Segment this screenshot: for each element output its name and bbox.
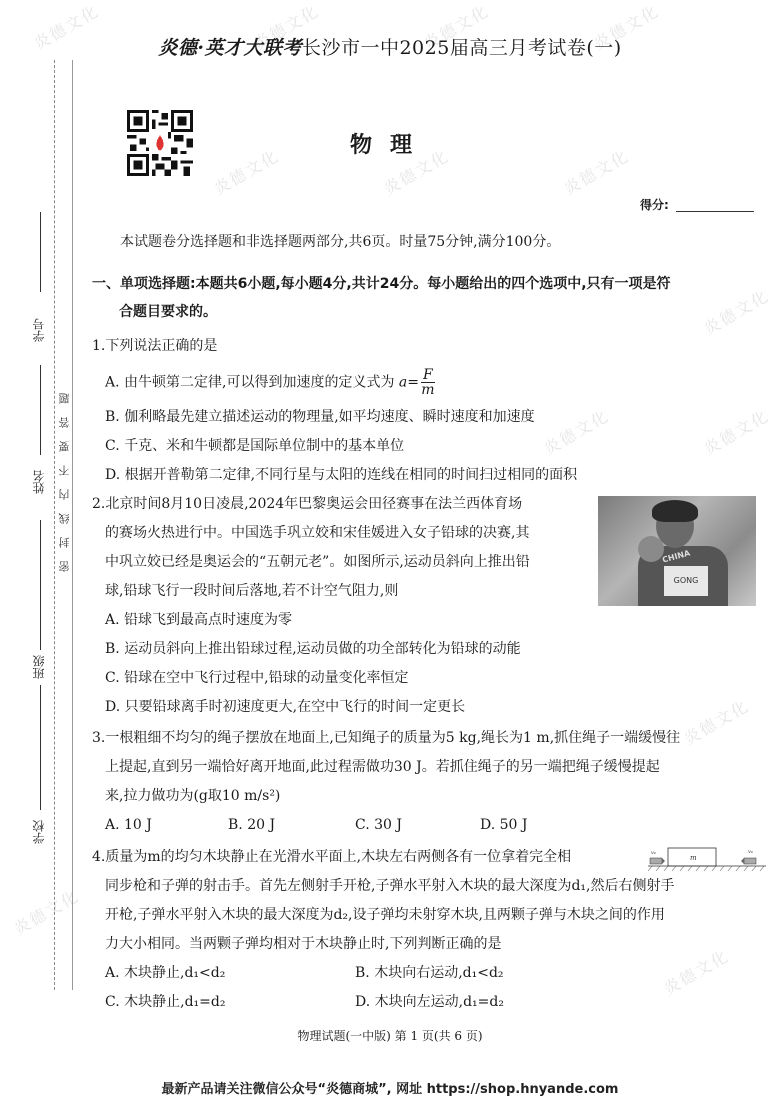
question-number: 1. bbox=[92, 338, 105, 354]
svg-text:v₀: v₀ bbox=[651, 850, 656, 856]
section-heading-cont: 合题目要求的。 bbox=[119, 302, 217, 322]
exam-instructions: 本试题卷分选择题和非选择题两部分,共6页。时量75分钟,满分100分。 bbox=[120, 232, 560, 252]
block-bullet-diagram: m v₀ v₀ bbox=[648, 846, 766, 876]
school-label: 学校 bbox=[30, 820, 47, 844]
page-footer: 物理试题(一中版) 第 1 页(共 6 页) bbox=[0, 1027, 780, 1044]
question-stem-line: 质量为m的均匀木块静止在光滑水平面上,木块左右两侧各有一位拿着完全相 bbox=[105, 849, 571, 865]
exam-title: 炎德·英才大联考长沙市一中2025届高三月考试卷(一) bbox=[0, 33, 780, 60]
section-heading: 一、单项选择题:本题共6小题,每小题4分,共计24分。每小题给出的四个选项中,只… bbox=[92, 274, 671, 294]
class-line bbox=[40, 520, 41, 650]
option-2b: B. 运动员斜向上推出铅球过程,运动员做的功全部转化为铅球的动能 bbox=[105, 639, 521, 659]
denominator: m bbox=[421, 383, 435, 397]
option-3a: A. 10 J bbox=[105, 815, 152, 835]
student-id-label: 学号 bbox=[30, 318, 47, 342]
promo-banner: 最新产品请关注微信公众号“炎德商城”, 网址 https://shop.hnya… bbox=[0, 1078, 780, 1097]
question-4: 4.质量为m的均匀木块静止在光滑水平面上,木块左右两侧各有一位拿着完全相 bbox=[92, 847, 571, 867]
option-1b: B. 伽利略最先建立描述运动的物理量,如平均速度、瞬时速度和加速度 bbox=[105, 407, 535, 427]
score-input-line[interactable] bbox=[676, 211, 754, 212]
option-2d: D. 只要铅球离手时初速度更大,在空中飞行的时间一定更长 bbox=[105, 697, 465, 717]
watermark: 炎德文化 bbox=[679, 694, 753, 750]
question-stem-line: 北京时间8月10日凌晨,2024年巴黎奥运会田径赛事在法兰西体育场 bbox=[105, 496, 522, 512]
school-line bbox=[40, 685, 41, 810]
class-label: 班级 bbox=[30, 655, 47, 679]
seal-notice: 密封线内不要答题 bbox=[57, 380, 73, 572]
question-stem-line: 中巩立姣已经是奥运会的“五朝元老”。如图所示,运动员斜向上推出铅 bbox=[105, 552, 530, 572]
question-stem-line: 的赛场火热进行中。中国选手巩立姣和宋佳媛进入女子铅球的决赛,其 bbox=[105, 523, 529, 543]
question-1: 1.下列说法正确的是 bbox=[92, 336, 217, 356]
question-2: 2.北京时间8月10日凌晨,2024年巴黎奥运会田径赛事在法兰西体育场 bbox=[92, 494, 522, 514]
athlete-hair bbox=[652, 500, 698, 522]
subject-title: 物理 bbox=[0, 128, 780, 159]
option-3c: C. 30 J bbox=[355, 815, 402, 835]
question-number: 3. bbox=[92, 730, 105, 746]
name-label: 姓名 bbox=[30, 470, 47, 494]
option-1c: C. 千克、米和牛顿都是国际单位制中的基本单位 bbox=[105, 436, 404, 456]
svg-text:m: m bbox=[690, 854, 697, 862]
question-stem-line: 开枪,子弹水平射入木块的最大深度为d₂,设子弹均未射穿木块,且两颗子弹与木块之间… bbox=[105, 905, 665, 925]
score-label: 得分: bbox=[640, 196, 669, 213]
question-number: 4. bbox=[92, 849, 105, 865]
option-4b: B. 木块向右运动,d₁<d₂ bbox=[355, 963, 504, 983]
question-stem-line: 上提起,直到另一端恰好离开地面,此过程需做功30 J。若抓住绳子的另一端把绳子缓… bbox=[105, 757, 660, 777]
shot-put-athlete-photo: CHINA GONG bbox=[598, 496, 756, 606]
option-text: A. 由牛顿第二定律,可以得到加速度的定义式为 bbox=[105, 375, 394, 391]
fraction: Fm bbox=[421, 368, 435, 397]
formula-lhs: a= bbox=[399, 375, 419, 391]
question-stem-line: 来,拉力做功为(g取10 m/s²) bbox=[105, 786, 280, 806]
option-3d: D. 50 J bbox=[480, 815, 528, 835]
watermark: 炎德文化 bbox=[659, 944, 733, 1000]
question-stem: 下列说法正确的是 bbox=[105, 338, 217, 354]
watermark: 炎德文化 bbox=[539, 404, 613, 460]
exam-title-brand: 炎德·英才大联考 bbox=[158, 37, 302, 59]
question-stem-line: 同步枪和子弹的射击手。首先左侧射手开枪,子弹水平射入木块的最大深度为d₁,然后右… bbox=[105, 876, 674, 896]
question-3: 3.一根粗细不均匀的绳子摆放在地面上,已知绳子的质量为5 kg,绳长为1 m,抓… bbox=[92, 728, 680, 748]
option-2c: C. 铅球在空中飞行过程中,铅球的动量变化率恒定 bbox=[105, 668, 409, 688]
bib-text: GONG bbox=[664, 566, 708, 596]
question-number: 2. bbox=[92, 496, 105, 512]
question-stem-line: 一根粗细不均匀的绳子摆放在地面上,已知绳子的质量为5 kg,绳长为1 m,抓住绳… bbox=[105, 730, 680, 746]
svg-text:v₀: v₀ bbox=[748, 849, 753, 855]
name-line bbox=[40, 365, 41, 455]
option-1a: A. 由牛顿第二定律,可以得到加速度的定义式为 a=Fm bbox=[105, 368, 435, 397]
numerator: F bbox=[421, 368, 435, 383]
question-stem-line: 球,铅球飞行一段时间后落地,若不计空气阻力,则 bbox=[105, 581, 398, 601]
option-4a: A. 木块静止,d₁<d₂ bbox=[105, 963, 225, 983]
watermark: 炎德文化 bbox=[699, 284, 773, 340]
student-id-line bbox=[40, 212, 41, 292]
exam-title-rest: 长沙市一中2025届高三月考试卷(一) bbox=[302, 37, 622, 59]
option-4d: D. 木块向左运动,d₁=d₂ bbox=[355, 992, 504, 1012]
option-2a: A. 铅球飞到最高点时速度为零 bbox=[105, 610, 292, 630]
option-1d: D. 根据开普勒第二定律,不同行星与太阳的连线在相同的时间扫过相同的面积 bbox=[105, 465, 577, 485]
binding-dashed-line bbox=[54, 60, 55, 990]
option-4c: C. 木块静止,d₁=d₂ bbox=[105, 992, 225, 1012]
question-stem-line: 力大小相同。当两颗子弹均相对于木块静止时,下列判断正确的是 bbox=[105, 934, 501, 954]
watermark: 炎德文化 bbox=[699, 404, 773, 460]
option-3b: B. 20 J bbox=[228, 815, 275, 835]
shot-put-ball bbox=[638, 536, 664, 562]
